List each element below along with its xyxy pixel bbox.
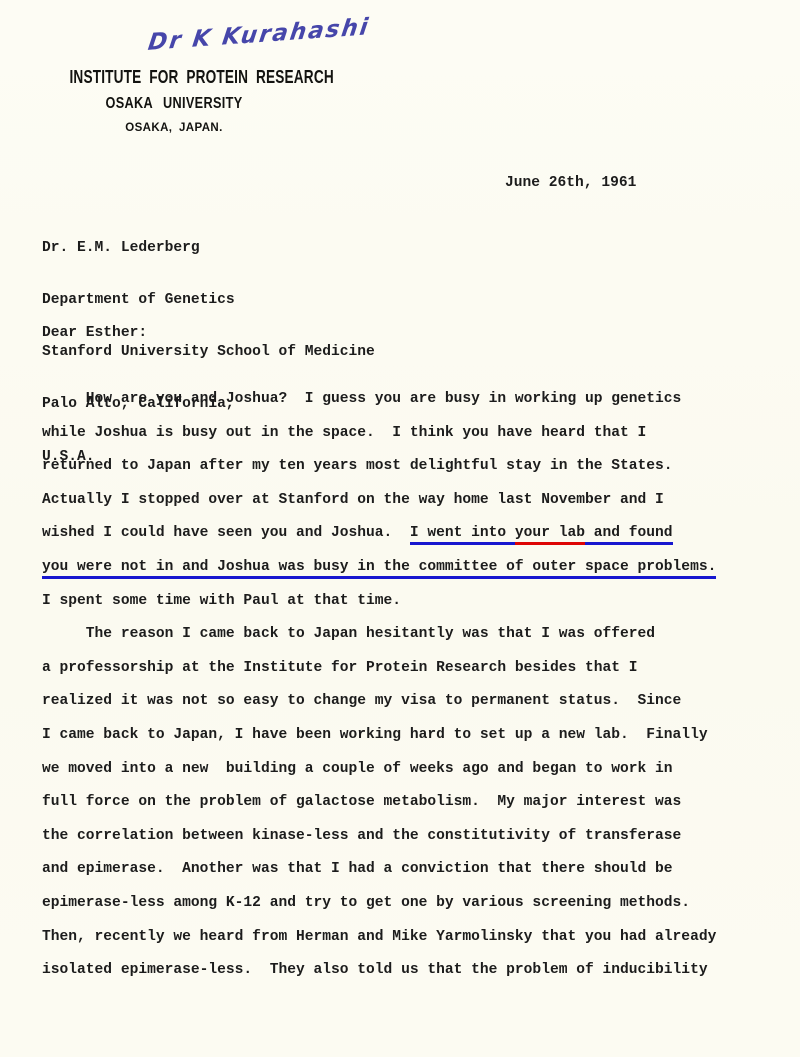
- letter-line: wished I could have seen you and Joshua.…: [42, 517, 716, 551]
- underlined-text-blue: you were not in and Joshua was busy in t…: [42, 559, 716, 579]
- letter-line: you were not in and Joshua was busy in t…: [42, 551, 716, 585]
- letter-line: I spent some time with Paul at that time…: [42, 585, 716, 619]
- typed-text: I spent some time with Paul at that time…: [42, 593, 401, 609]
- letter-line: returned to Japan after my ten years mos…: [42, 450, 716, 484]
- letter-line: The reason I came back to Japan hesitant…: [42, 618, 716, 652]
- typed-text: full force on the problem of galactose m…: [42, 794, 681, 810]
- letter-line: epimerase-less among K-12 and try to get…: [42, 887, 716, 921]
- letterhead-institute-name: INSTITUTE FOR PROTEIN RESEARCH: [69, 66, 278, 88]
- typed-text: while Joshua is busy out in the space. I…: [42, 425, 646, 441]
- letter-line: Then, recently we heard from Herman and …: [42, 921, 716, 955]
- letter-line: the correlation between kinase-less and …: [42, 820, 716, 854]
- underlined-text-blue: and found: [585, 525, 673, 545]
- letter-line: Actually I stopped over at Stanford on t…: [42, 484, 716, 518]
- typed-text: wished I could have seen you and Joshua.: [42, 525, 410, 541]
- letter-line: a professorship at the Institute for Pro…: [42, 652, 716, 686]
- typed-text: the correlation between kinase-less and …: [42, 828, 681, 844]
- letter-date: June 26th, 1961: [505, 175, 636, 191]
- scanned-letter-page: Dr K Kurahashi INSTITUTE FOR PROTEIN RES…: [0, 0, 800, 1057]
- letter-line: and epimerase. Another was that I had a …: [42, 853, 716, 887]
- letter-line: realized it was not so easy to change my…: [42, 685, 716, 719]
- underlined-text-red: your lab: [515, 525, 585, 545]
- typed-text: epimerase-less among K-12 and try to get…: [42, 895, 690, 911]
- letter-line: isolated epimerase-less. They also told …: [42, 954, 716, 988]
- letterhead-university-name: OSAKA UNIVERSITY: [64, 95, 284, 113]
- typed-text: Then, recently we heard from Herman and …: [42, 929, 716, 945]
- typed-text: isolated epimerase-less. They also told …: [42, 962, 708, 978]
- typed-text: returned to Japan after my ten years mos…: [42, 458, 673, 474]
- underlined-text-blue: I went into: [410, 525, 515, 545]
- letter-line: we moved into a new building a couple of…: [42, 753, 716, 787]
- typed-text: realized it was not so easy to change my…: [42, 693, 681, 709]
- letterhead-location: OSAKA, JAPAN.: [40, 122, 308, 134]
- letterhead: INSTITUTE FOR PROTEIN RESEARCH OSAKA UNI…: [40, 66, 308, 134]
- handwritten-name-annotation: Dr K Kurahashi: [146, 14, 371, 56]
- typed-text: a professorship at the Institute for Pro…: [42, 660, 638, 676]
- typed-text: Actually I stopped over at Stanford on t…: [42, 492, 664, 508]
- typed-text: How are you and Joshua? I guess you are …: [42, 391, 681, 407]
- typed-text: I came back to Japan, I have been workin…: [42, 727, 708, 743]
- recipient-name: Dr. E.M. Lederberg: [42, 240, 375, 257]
- salutation: Dear Esther:: [42, 325, 147, 341]
- typed-text: we moved into a new building a couple of…: [42, 761, 673, 777]
- letter-body: How are you and Joshua? I guess you are …: [42, 383, 716, 988]
- letter-line: full force on the problem of galactose m…: [42, 786, 716, 820]
- recipient-department: Department of Genetics: [42, 292, 375, 309]
- typed-text: The reason I came back to Japan hesitant…: [42, 626, 655, 642]
- letter-line: while Joshua is busy out in the space. I…: [42, 417, 716, 451]
- letter-line: I came back to Japan, I have been workin…: [42, 719, 716, 753]
- recipient-institution: Stanford University School of Medicine: [42, 344, 375, 361]
- typed-text: and epimerase. Another was that I had a …: [42, 861, 673, 877]
- letter-line: How are you and Joshua? I guess you are …: [42, 383, 716, 417]
